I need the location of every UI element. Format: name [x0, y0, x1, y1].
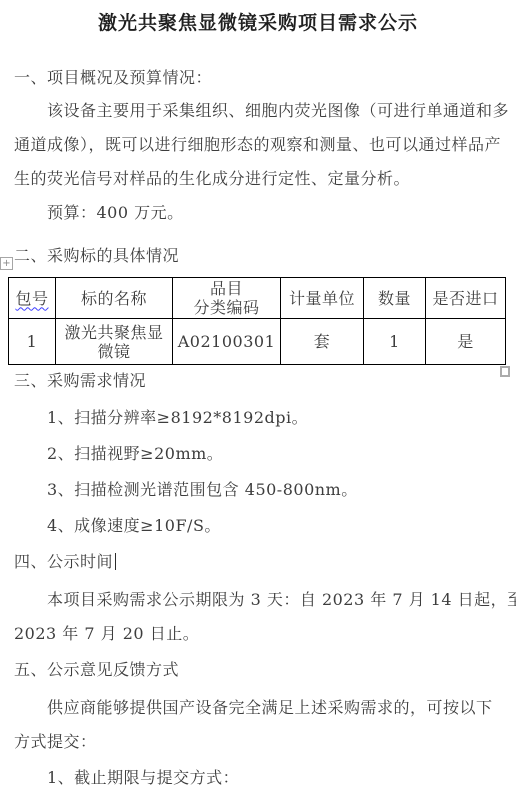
table-header-package-no[interactable]: 包号	[9, 278, 56, 319]
requirement-item[interactable]: 3、扫描检测光谱范围包含 450-800nm。	[47, 480, 358, 500]
requirement-item[interactable]: 4、成像速度≥10F/S。	[47, 516, 221, 536]
table-header-category-code[interactable]: 品目 分类编码	[173, 278, 281, 319]
section-2-heading[interactable]: 二、采购标的具体情况	[14, 246, 179, 266]
requirement-item[interactable]: 1、扫描分辨率≥8192*8192dpi。	[47, 408, 308, 428]
section-1-paragraph-line[interactable]: 该设备主要用于采集组织、细胞内荧光图像（可进行单通道和多	[47, 101, 509, 121]
section-1-paragraph-line[interactable]: 生的荧光信号对样品的生化成分进行定性、定量分析。	[14, 169, 410, 189]
section-5-item[interactable]: 1、截止期限与提交方式：	[47, 768, 239, 788]
section-1-heading[interactable]: 一、项目概况及预算情况：	[14, 68, 212, 88]
cell-quantity[interactable]: 1	[364, 319, 426, 365]
table-header-unit[interactable]: 计量单位	[281, 278, 364, 319]
section-4-paragraph-line[interactable]: 本项目采购需求公示期限为 3 天：自 2023 年 7 月 14 日起，至	[47, 590, 516, 610]
spellcheck-underlined-text: 包号	[15, 289, 48, 308]
budget-line[interactable]: 预算：400 万元。	[47, 203, 184, 223]
table-header-row: 包号 标的名称 品目 分类编码 计量单位 数量 是否进口	[9, 278, 506, 319]
cell-category-code[interactable]: A02100301	[173, 319, 281, 365]
table-header-quantity[interactable]: 数量	[364, 278, 426, 319]
table-move-handle-icon[interactable]: +	[0, 257, 13, 270]
cell-unit[interactable]: 套	[281, 319, 364, 365]
section-3-heading[interactable]: 三、采购需求情况	[14, 371, 146, 391]
requirement-item[interactable]: 2、扫描视野≥20mm。	[47, 444, 223, 464]
table-row: 1 激光共聚焦显 微镜 A02100301 套 1 是	[9, 319, 506, 365]
section-4-heading-text: 四、公示时间	[14, 552, 113, 571]
table-header-subject-name[interactable]: 标的名称	[56, 278, 173, 319]
section-5-paragraph-line[interactable]: 方式提交：	[14, 732, 97, 752]
section-5-heading[interactable]: 五、公示意见反馈方式	[14, 660, 179, 680]
section-5-paragraph-line[interactable]: 供应商能够提供国产设备完全满足上述采购需求的，可按以下	[47, 698, 493, 718]
text-cursor	[115, 553, 116, 570]
cell-subject-name[interactable]: 激光共聚焦显 微镜	[56, 319, 173, 365]
cell-imported[interactable]: 是	[426, 319, 506, 365]
procurement-table[interactable]: 包号 标的名称 品目 分类编码 计量单位 数量 是否进口 1 激光共聚焦显 微镜…	[8, 277, 506, 365]
page-title: 激光共聚焦显微镜采购项目需求公示	[0, 8, 516, 35]
table-header-imported[interactable]: 是否进口	[426, 278, 506, 319]
section-4-heading[interactable]: 四、公示时间	[14, 552, 116, 572]
section-4-paragraph-line[interactable]: 2023 年 7 月 20 日止。	[14, 624, 199, 644]
cell-package-no[interactable]: 1	[9, 319, 56, 365]
document-page[interactable]: 激光共聚焦显微镜采购项目需求公示 一、项目概况及预算情况： 该设备主要用于采集组…	[0, 0, 516, 800]
table-resize-handle-icon[interactable]	[500, 366, 510, 377]
section-1-paragraph-line[interactable]: 通道成像），既可以进行细胞形态的观察和测量、也可以通过样品产	[14, 135, 501, 155]
